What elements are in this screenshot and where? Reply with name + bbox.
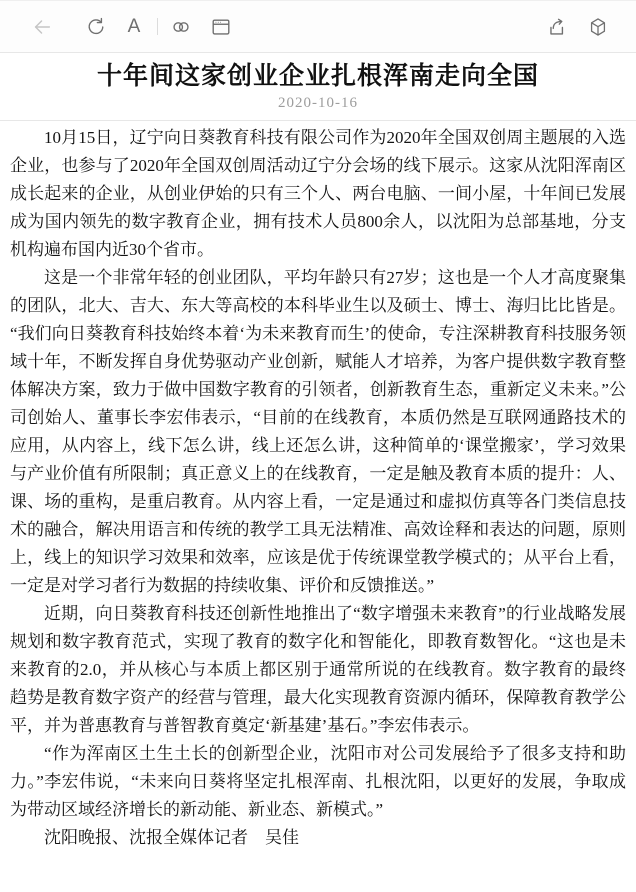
page-title: 十年间这家创业企业扎根浑南走向全国 — [40, 62, 596, 92]
link-button[interactable] — [167, 13, 195, 41]
refresh-icon — [85, 16, 107, 38]
article-date: 2020-10-16 — [0, 95, 636, 112]
share-button[interactable] — [542, 13, 570, 41]
window-button[interactable] — [207, 13, 235, 41]
toolbar-divider — [157, 18, 158, 35]
arrow-left-icon — [31, 16, 53, 38]
font-size-button[interactable]: A — [120, 13, 148, 41]
cube-button[interactable] — [584, 13, 612, 41]
article-paragraph: “作为浑南区土生土长的创新型企业，沈阳市对公司发展给予了很多支持和助力。”李宏伟… — [10, 740, 626, 824]
article-paragraph: 这是一个非常年轻的创业团队，平均年龄只有27岁；这也是一个人才高度聚集的团队，北… — [10, 264, 626, 600]
refresh-button[interactable] — [82, 13, 110, 41]
article-byline: 沈阳晚报、沈报全媒体记者 吴佳 — [10, 824, 626, 852]
article-paragraph: 近期，向日葵教育科技还创新性地推出了“数字增强未来教育”的行业战略发展规划和数字… — [10, 600, 626, 740]
article-body: 10月15日，辽宁向日葵教育科技有限公司作为2020年全国双创周主题展的入选企业… — [0, 121, 636, 852]
3d-cube-icon — [587, 16, 609, 38]
share-icon — [545, 16, 567, 38]
back-button[interactable] — [28, 13, 56, 41]
article-paragraph: 10月15日，辽宁向日葵教育科技有限公司作为2020年全国双创周主题展的入选企业… — [10, 124, 626, 264]
link-icon — [170, 16, 192, 38]
font-size-icon: A — [128, 17, 141, 36]
browser-window-icon — [210, 16, 232, 38]
toolbar: A — [0, 0, 636, 53]
article-header: 十年间这家创业企业扎根浑南走向全国 2020-10-16 — [0, 62, 636, 121]
